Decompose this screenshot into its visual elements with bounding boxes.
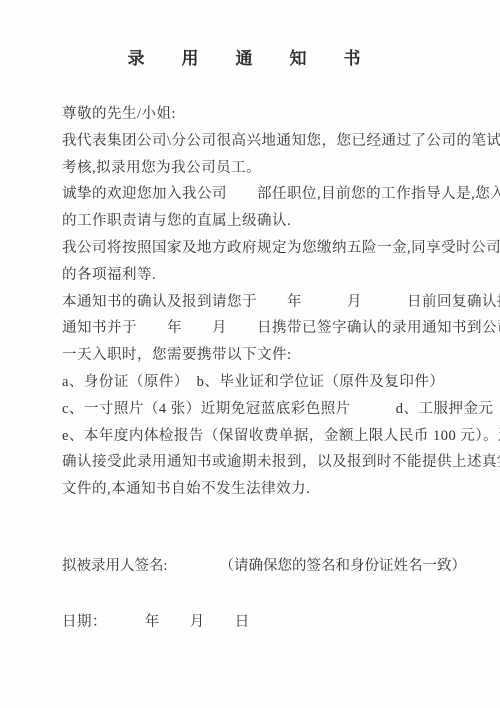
body-line: 诚挚的欢迎您加入我公司 部任职位,目前您的工作指导人是,您入职后 — [62, 181, 442, 208]
salutation-line: 尊敬的先生/小姐: — [62, 101, 442, 128]
body-line: 本通知书的确认及报到请您于 年 月 日前回复确认接受此录用 — [62, 289, 442, 316]
document-list-item-c: c、一寸照片（4 张）近期免冠蓝底彩色照片 d、工服押金元 — [62, 396, 442, 423]
body-line: 的各项福利等. — [62, 262, 442, 289]
signature-label: 拟被录用人签名: — [62, 558, 168, 574]
document-title: 录 用 通 知 书 — [62, 44, 442, 69]
offer-letter-page: 录 用 通 知 书 尊敬的先生/小姐: 我代表集团公司\分公司很高兴地通知您，您… — [0, 0, 500, 708]
body-line: 确认接受此录用通知书或逾期未报到，以及报到时不能提供上述真实有效 — [62, 449, 442, 476]
body-line: 文件的,本通知书自始不发生法律效力. — [62, 476, 442, 503]
body-line: 的工作职责请与您的直属上级确认. — [62, 208, 442, 235]
body-line: 我公司将按照国家及地方政府规定为您缴纳五险一金,同享受时公司提供 — [62, 235, 442, 262]
signature-note: （请确保您的签名和身份证姓名一致） — [220, 553, 467, 580]
document-body: 尊敬的先生/小姐: 我代表集团公司\分公司很高兴地通知您，您已经通过了公司的笔试… — [62, 101, 442, 503]
document-list-item-a: a、身份证（原件） b、毕业证和学位证（原件及复印件） — [62, 369, 442, 396]
signature-row: 拟被录用人签名:（请确保您的签名和身份证姓名一致） — [62, 553, 442, 580]
date-row: 日期： 年 月 日 — [62, 609, 442, 636]
body-line: 考核,拟录用您为我公司员工。 — [62, 155, 442, 182]
body-line: 通知书并于 年 月 日携带已签字确认的录用通知书到公司报到,第 — [62, 315, 442, 342]
body-line: 一天入职时，您需要携带以下文件: — [62, 342, 442, 369]
document-list-item-e: e、本年度内体检报告（保留收费单据，金额上限人民币 100 元）。逾期未 — [62, 423, 442, 450]
body-line: 我代表集团公司\分公司很高兴地通知您，您已经通过了公司的笔试/面试 — [62, 128, 442, 155]
